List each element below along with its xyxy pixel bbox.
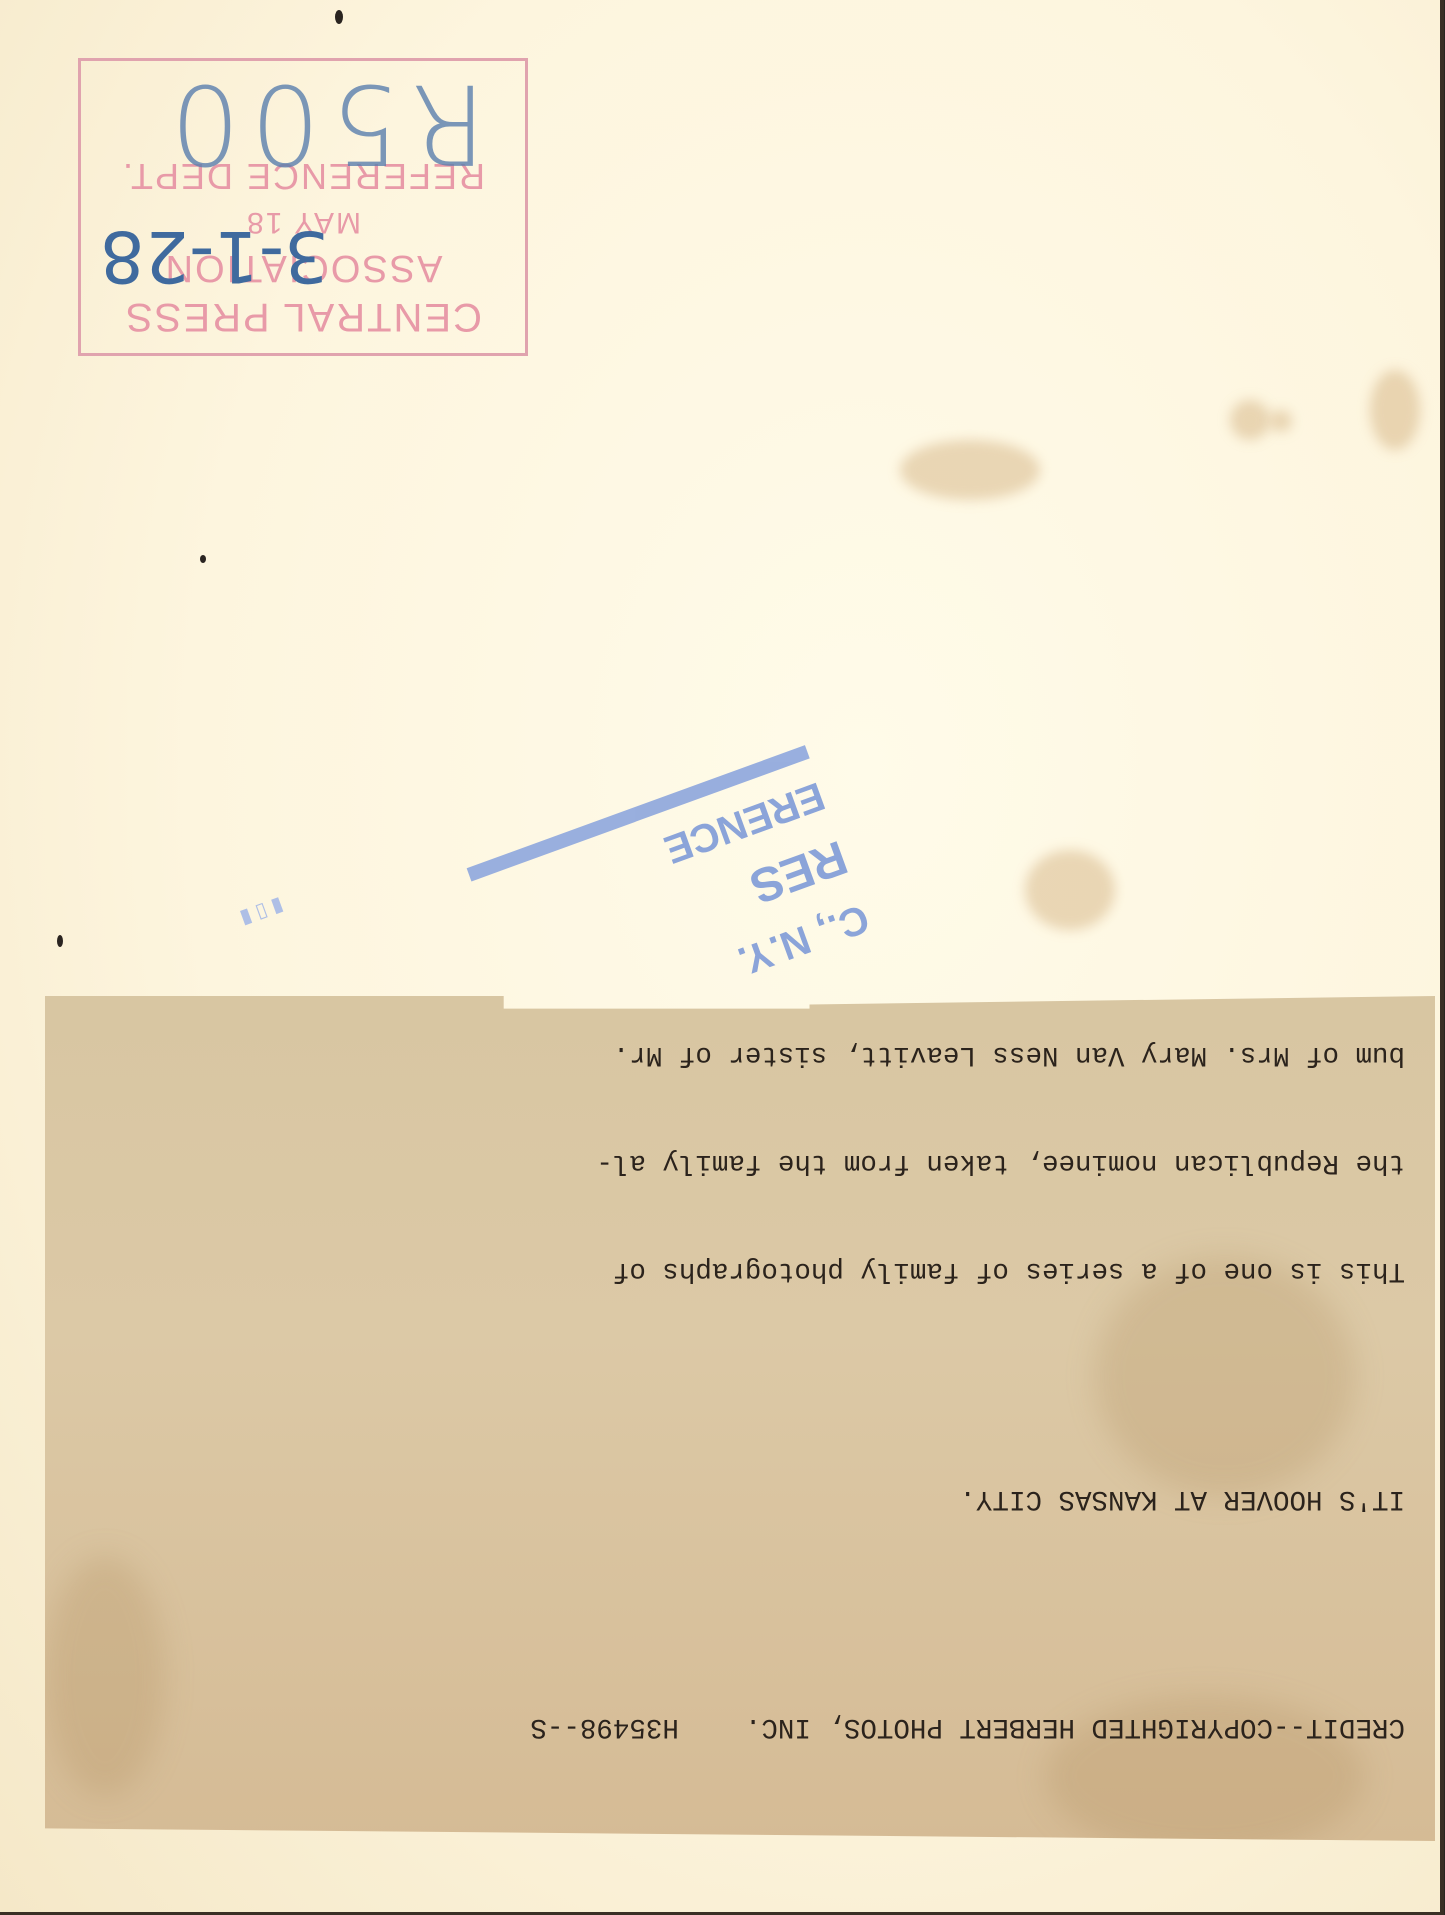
stain (1230, 400, 1270, 440)
stain (1270, 410, 1292, 432)
stain (900, 440, 1040, 500)
handwritten-date: 3-1-28 (100, 215, 329, 297)
faint-stamp-impression: ▮ ▯ ▮ (237, 893, 287, 932)
stain (1025, 850, 1115, 930)
handwritten-code: R500 (160, 60, 486, 188)
headline: IT'S HOOVER AT KANSAS CITY. (105, 1480, 1405, 1516)
paragraph-2-line-1: PHOTO SHOWS:--The HOOVER CHILDREN--that … (105, 568, 1405, 604)
ink-speck (335, 10, 343, 24)
typed-caption: CREDIT--COPYRIGHTED HERBERT PHOTOS, INC.… (105, 1036, 1405, 1816)
ink-speck (200, 555, 206, 563)
paragraph-2-line-2: HOOVER (right), at the age of 16; with h… (105, 460, 1405, 496)
paragraph-1-line-1: This is one of a series of family photog… (105, 1252, 1405, 1288)
paragraph-1-line-2: the Republican nominee, taken from the f… (105, 1144, 1405, 1180)
paragraph-2-line-3: THEODORE J. (Tad) HOOVER, who was 20, an… (105, 352, 1405, 388)
stamp-line-1: CENTRAL PRESS (81, 294, 525, 339)
paragraph-1-line-3: bum of Mrs. Mary Van Ness Leavitt, siste… (105, 1036, 1405, 1072)
ink-speck (57, 935, 63, 947)
photo-back-card: CENTRAL PRESS ASSOCIATION MAY 18 REFEREN… (0, 0, 1444, 1915)
stain (1370, 370, 1420, 450)
caption-slip: CREDIT--COPYRIGHTED HERBERT PHOTOS, INC.… (45, 996, 1435, 1841)
credit-line: CREDIT--COPYRIGHTED HERBERT PHOTOS, INC.… (105, 1708, 1405, 1744)
blue-stamp-line-1: C., N.Y. (732, 895, 875, 984)
